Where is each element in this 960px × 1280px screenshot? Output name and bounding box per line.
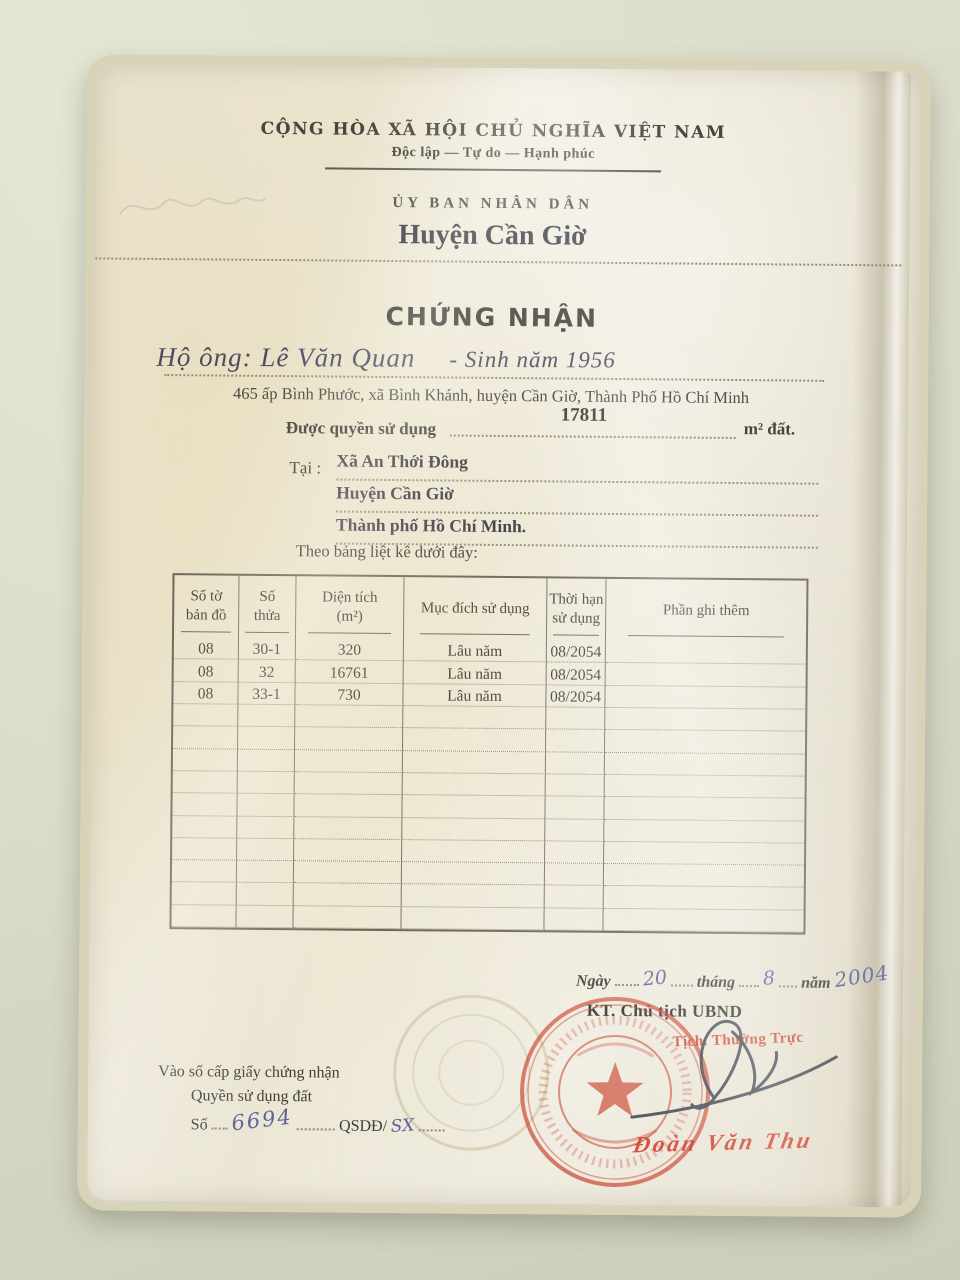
location-commune: Xã An Thới Đông: [336, 449, 818, 485]
dotted-leader: [212, 1123, 228, 1129]
certificate-content: CỘNG HÒA XÃ HỘI CHỦ NGHĨA VIỆT NAM Độc l…: [87, 64, 891, 1207]
dotted-leader: [615, 980, 639, 986]
table-intro-text: Theo bảng liệt kê dưới đây:: [296, 541, 478, 563]
handwritten-month: 8: [762, 967, 775, 990]
issuer-district: Huyện Cần Giờ: [95, 216, 889, 255]
land-area-value: 17811: [514, 404, 654, 427]
registry-line-2: Quyền sử dụng đất: [191, 1087, 312, 1106]
handwritten-year: 2004: [832, 960, 890, 992]
grantee-holder: Hộ ông: Lê Văn Quan: [156, 342, 415, 373]
grantee-address: 465 ấp Bình Phước, xã Bình Khánh, huyện …: [94, 382, 888, 409]
location-lines: Xã An Thới Đông Huyện Cần Giờ Thành phố …: [336, 449, 819, 549]
handwritten-day: 20: [641, 966, 667, 990]
registry-line-3: Số 6694 QSDĐ/ SX: [191, 1110, 445, 1136]
header-notes: Phần ghi thêm: [606, 579, 807, 643]
area-dotted-rule: [450, 435, 736, 439]
national-motto: Độc lập — Tự do — Hạnh phúc: [96, 142, 890, 165]
dotted-leader: [297, 1124, 335, 1130]
handwritten-suffix: SX: [391, 1115, 416, 1136]
word-thang: tháng: [697, 974, 735, 991]
registry-so-label: Số: [191, 1116, 208, 1133]
table-body: 08 30-1 320 Lâu năm 08/2054 08 32 16761 …: [171, 637, 806, 933]
certificate-title: CHỨNG NHẬN: [95, 299, 889, 335]
dotted-leader: [671, 980, 693, 986]
certificate-page: CỘNG HÒA XÃ HỘI CHỦ NGHĨA VIỆT NAM Độc l…: [87, 64, 921, 1207]
registry-qsdd-label: QSDĐ/: [339, 1118, 387, 1135]
dotted-leader: [779, 981, 797, 987]
header-parcel: Số thửa: [239, 576, 297, 638]
word-nam: năm: [801, 975, 830, 992]
plastic-sleeve: CỘNG HÒA XÃ HỘI CHỦ NGHĨA VIỆT NAM Độc l…: [77, 54, 931, 1217]
photo-background: CỘNG HÒA XÃ HỘI CHỦ NGHĨA VIỆT NAM Độc l…: [0, 0, 960, 1280]
header-map-sheet: Số tờ bản đồ: [174, 575, 240, 638]
header-purpose: Mục đích sử dụng: [404, 577, 548, 640]
registry-line-1: Vào sổ cấp giấy chứng nhận: [158, 1063, 340, 1083]
grantee-line: Hộ ông: Lê Văn Quan- Sinh năm 1956: [156, 333, 866, 378]
grantee-birth: - Sinh năm 1956: [449, 347, 616, 373]
motto-underline: [325, 167, 661, 172]
pen-signature: [614, 997, 855, 1134]
dotted-leader: [419, 1125, 445, 1131]
signer-name-red: Đoàn Văn Thu: [631, 1128, 815, 1159]
handwritten-book-number: 6694: [230, 1105, 294, 1136]
district-dotted-rule: [87, 257, 901, 266]
table-header-row: Số tờ bản đồ Số thửa Diện tích (m²) Mụ: [174, 575, 807, 643]
header-term: Thời hạn sử dụng: [547, 578, 607, 641]
word-ngay: Ngày: [576, 973, 611, 990]
national-title: CỘNG HÒA XÃ HỘI CHỦ NGHĨA VIỆT NAM: [96, 117, 890, 144]
issuance-date-line: Ngày 20 tháng 8 năm 2004: [576, 967, 890, 994]
location-district: Huyện Cần Giờ: [336, 481, 818, 517]
header-area: Diện tích (m²): [296, 576, 405, 639]
usage-rights-label: Được quyền sử dụng: [286, 418, 436, 439]
table-empty-row: [171, 905, 803, 933]
location-label: Tại :: [289, 458, 321, 478]
land-parcel-table: Số tờ bản đồ Số thửa Diện tích (m²) Mụ: [169, 573, 808, 935]
dotted-leader: [739, 981, 759, 987]
area-unit-label: m² đất.: [744, 419, 796, 439]
